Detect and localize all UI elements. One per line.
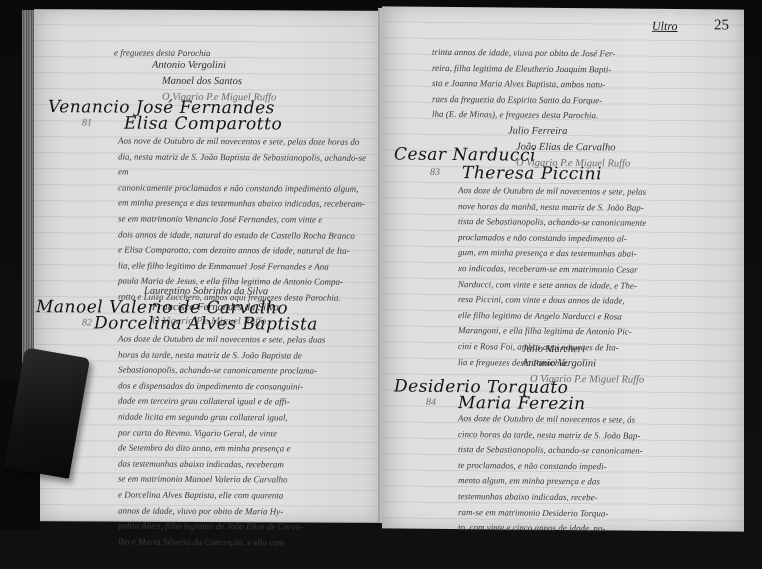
signature: Manoel dos Santos — [162, 76, 242, 87]
bride-name: Elisa Comparotto — [124, 114, 282, 135]
entry-number: 82 — [82, 317, 92, 328]
entry-body: Aos doze de Outubro de mil novecentos e … — [458, 183, 728, 372]
signature: Laurentino Sobrinho da Silva — [144, 286, 268, 298]
entry-body: Aos nove de Outubro de mil novecentos e … — [118, 134, 374, 307]
bride-name: Theresa Piccini — [462, 163, 602, 184]
entry-number: 83 — [430, 167, 440, 178]
entry-body: Aos doze de Outubro de mil novecentos e … — [118, 332, 374, 552]
signature: Antonio Vergolini — [152, 60, 226, 71]
right-page: Ultro 25 trinta annos de idade, viuva po… — [382, 6, 744, 531]
signature: Antonio Vergolini — [522, 358, 596, 370]
folio-mark: Ultro — [652, 19, 678, 34]
signature: Julio Ferreira — [508, 126, 567, 138]
left-page: e freguezes desta Parochia Antonio Vergo… — [34, 9, 380, 523]
entry-number: 84 — [426, 397, 436, 408]
signature: Julio Marcheri — [522, 344, 585, 356]
entry-number: 81 — [82, 117, 92, 128]
carryover-text: trinta annos de idade, viuva por obito d… — [432, 45, 722, 125]
page-number: 25 — [714, 17, 729, 34]
entry-body: Aos doze de Outubro de mil novecentos e … — [458, 411, 728, 538]
